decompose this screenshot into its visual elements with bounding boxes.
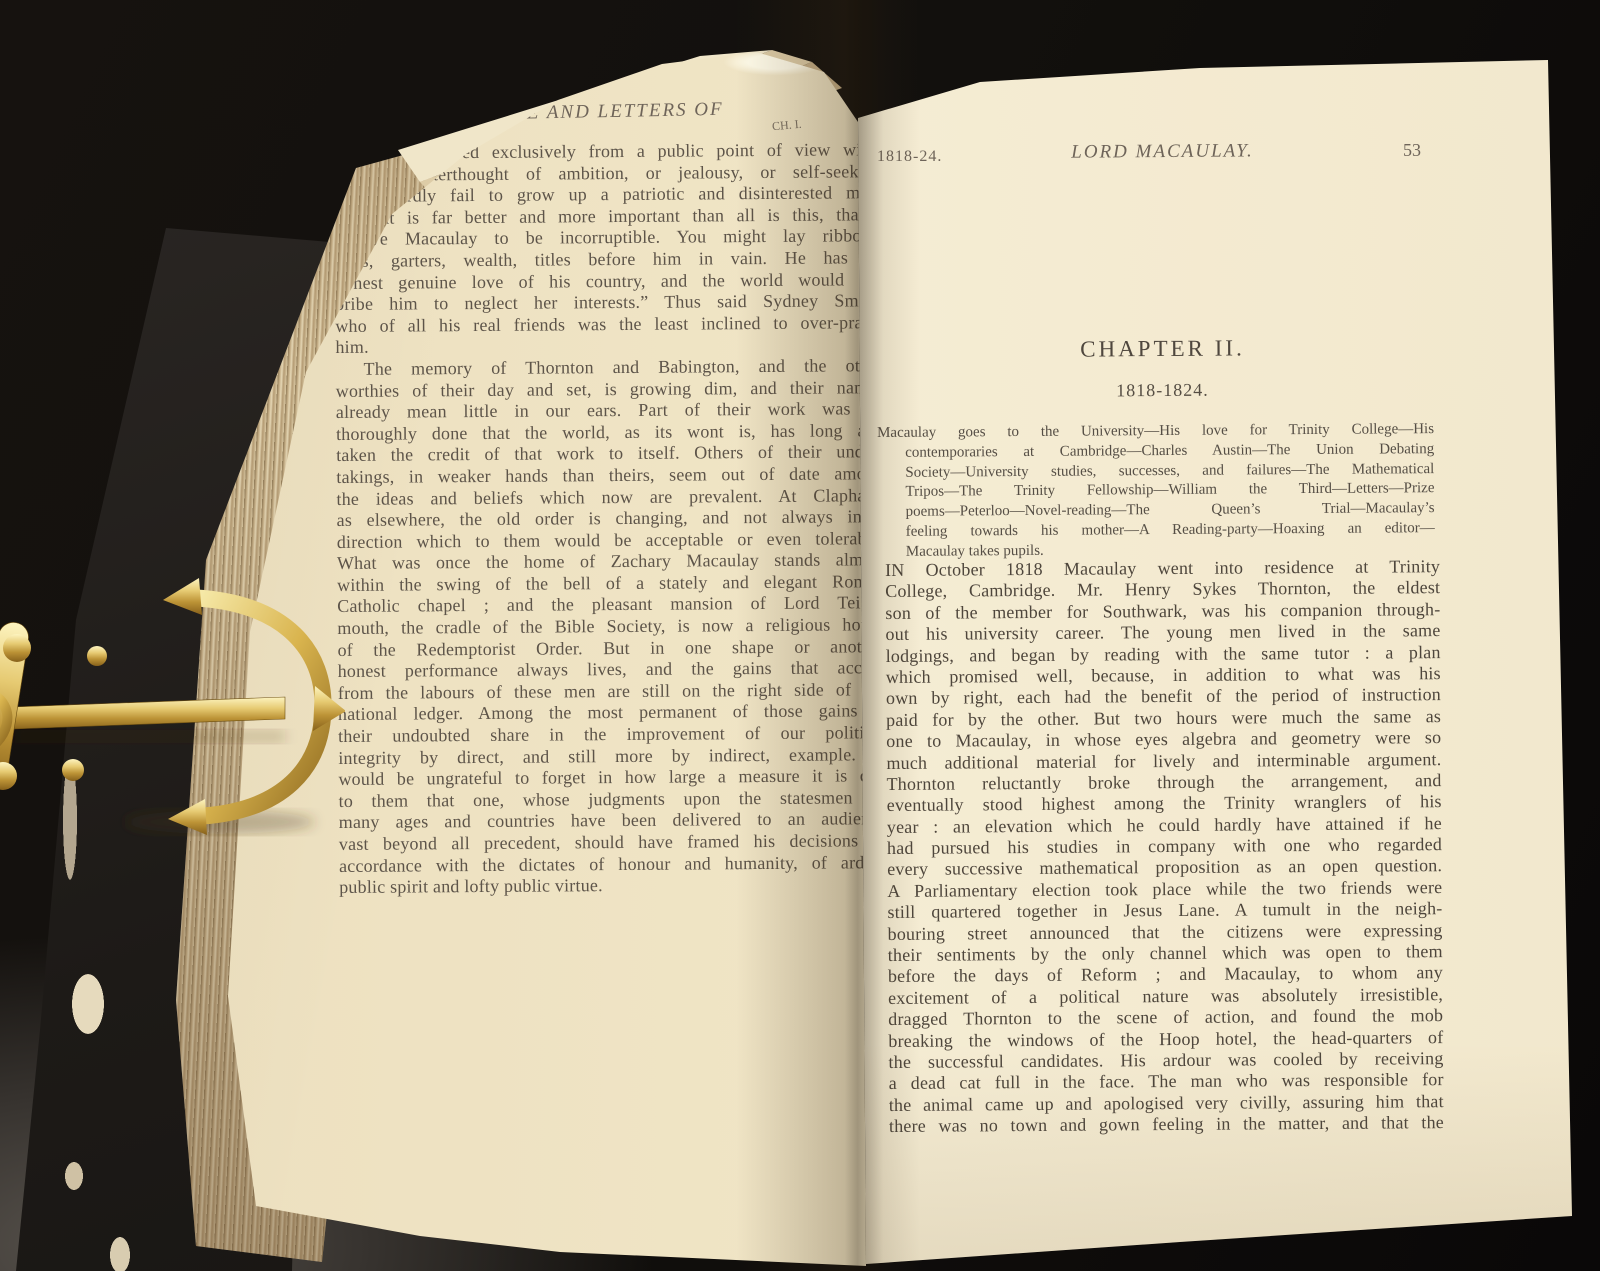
anchor-page-clip bbox=[0, 570, 345, 840]
book-photograph: 52 LIFE AND LETTERS OF CH. I. of state d… bbox=[0, 0, 1600, 1271]
anchor-icon bbox=[0, 570, 345, 840]
